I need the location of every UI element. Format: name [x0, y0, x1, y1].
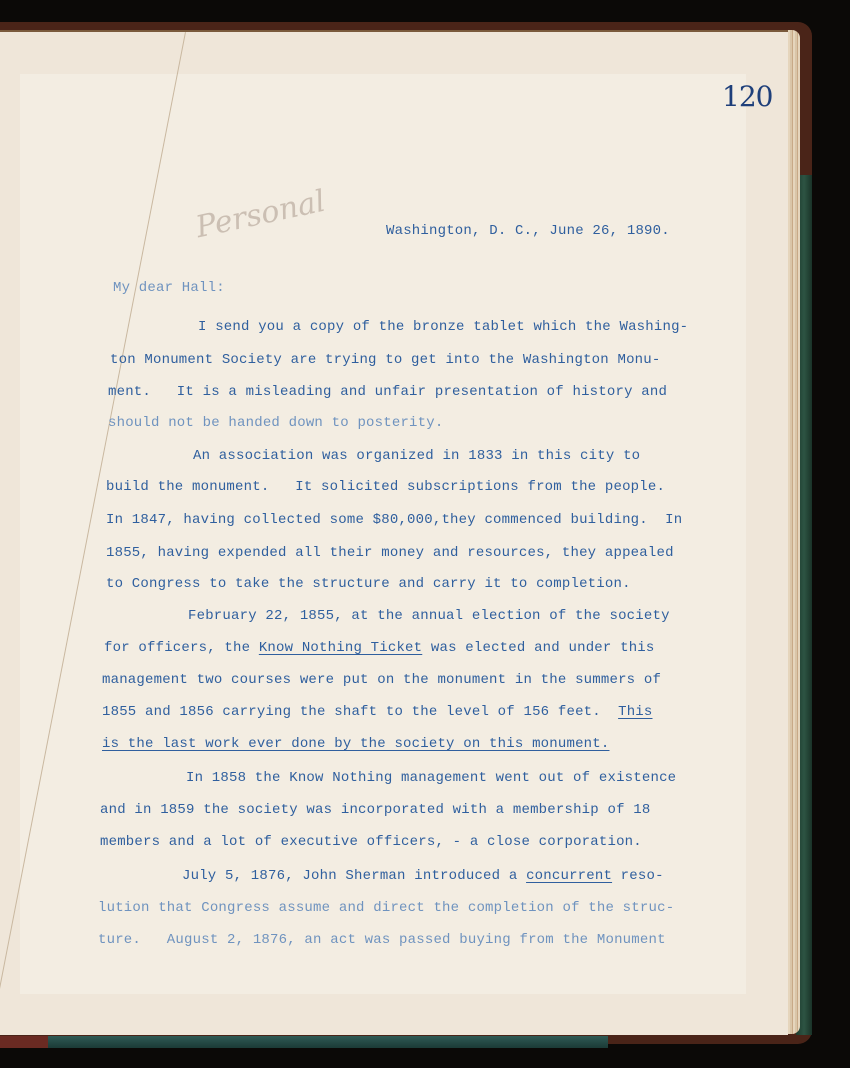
cover-leather-bottom	[0, 1036, 50, 1048]
salutation: My dear Hall:	[113, 280, 225, 296]
text-run: July 5, 1876, John Sherman introduced a	[182, 868, 526, 884]
body-line: An association was organized in 1833 in …	[193, 448, 640, 464]
body-line: should not be handed down to posterity.	[108, 415, 443, 431]
body-line: July 5, 1876, John Sherman introduced a …	[182, 868, 664, 884]
body-line: build the monument. It solicited subscri…	[106, 479, 665, 495]
body-line: and in 1859 the society was incorporated…	[100, 802, 651, 818]
underlined-text: is the last work ever done by the societ…	[102, 736, 609, 752]
body-line: to Congress to take the structure and ca…	[106, 576, 631, 592]
dateline: Washington, D. C., June 26, 1890.	[386, 223, 670, 239]
page-number: 120	[722, 80, 772, 113]
body-line: is the last work ever done by the societ…	[102, 736, 609, 752]
underlined-text: concurrent	[526, 868, 612, 884]
page-inset	[20, 74, 746, 994]
text-run: for officers, the	[104, 640, 259, 656]
underlined-text: This	[618, 704, 652, 720]
body-line: 1855 and 1856 carrying the shaft to the …	[102, 704, 653, 720]
body-line: lution that Congress assume and direct t…	[98, 900, 674, 916]
body-line: February 22, 1855, at the annual electio…	[188, 608, 670, 624]
body-line: 1855, having expended all their money an…	[106, 545, 674, 561]
body-line: ment. It is a misleading and unfair pres…	[108, 384, 667, 400]
text-run: 1855 and 1856 carrying the shaft to the …	[102, 704, 618, 720]
letter-page: 120 Personal Washington, D. C., June 26,…	[0, 30, 788, 1035]
body-line: In 1858 the Know Nothing management went…	[186, 770, 676, 786]
body-line: for officers, the Know Nothing Ticket wa…	[104, 640, 655, 656]
body-line: In 1847, having collected some $80,000,t…	[106, 512, 682, 528]
body-line: ton Monument Society are trying to get i…	[110, 352, 661, 368]
body-line: management two courses were put on the m…	[102, 672, 661, 688]
body-line: members and a lot of executive officers,…	[100, 834, 642, 850]
text-run: was elected and under this	[422, 640, 654, 656]
cover-cloth-bottom	[48, 1036, 608, 1048]
underlined-text: Know Nothing Ticket	[259, 640, 422, 656]
body-line: I send you a copy of the bronze tablet w…	[198, 319, 688, 335]
body-line: ture. August 2, 1876, an act was passed …	[98, 932, 666, 948]
text-run: reso-	[612, 868, 664, 884]
